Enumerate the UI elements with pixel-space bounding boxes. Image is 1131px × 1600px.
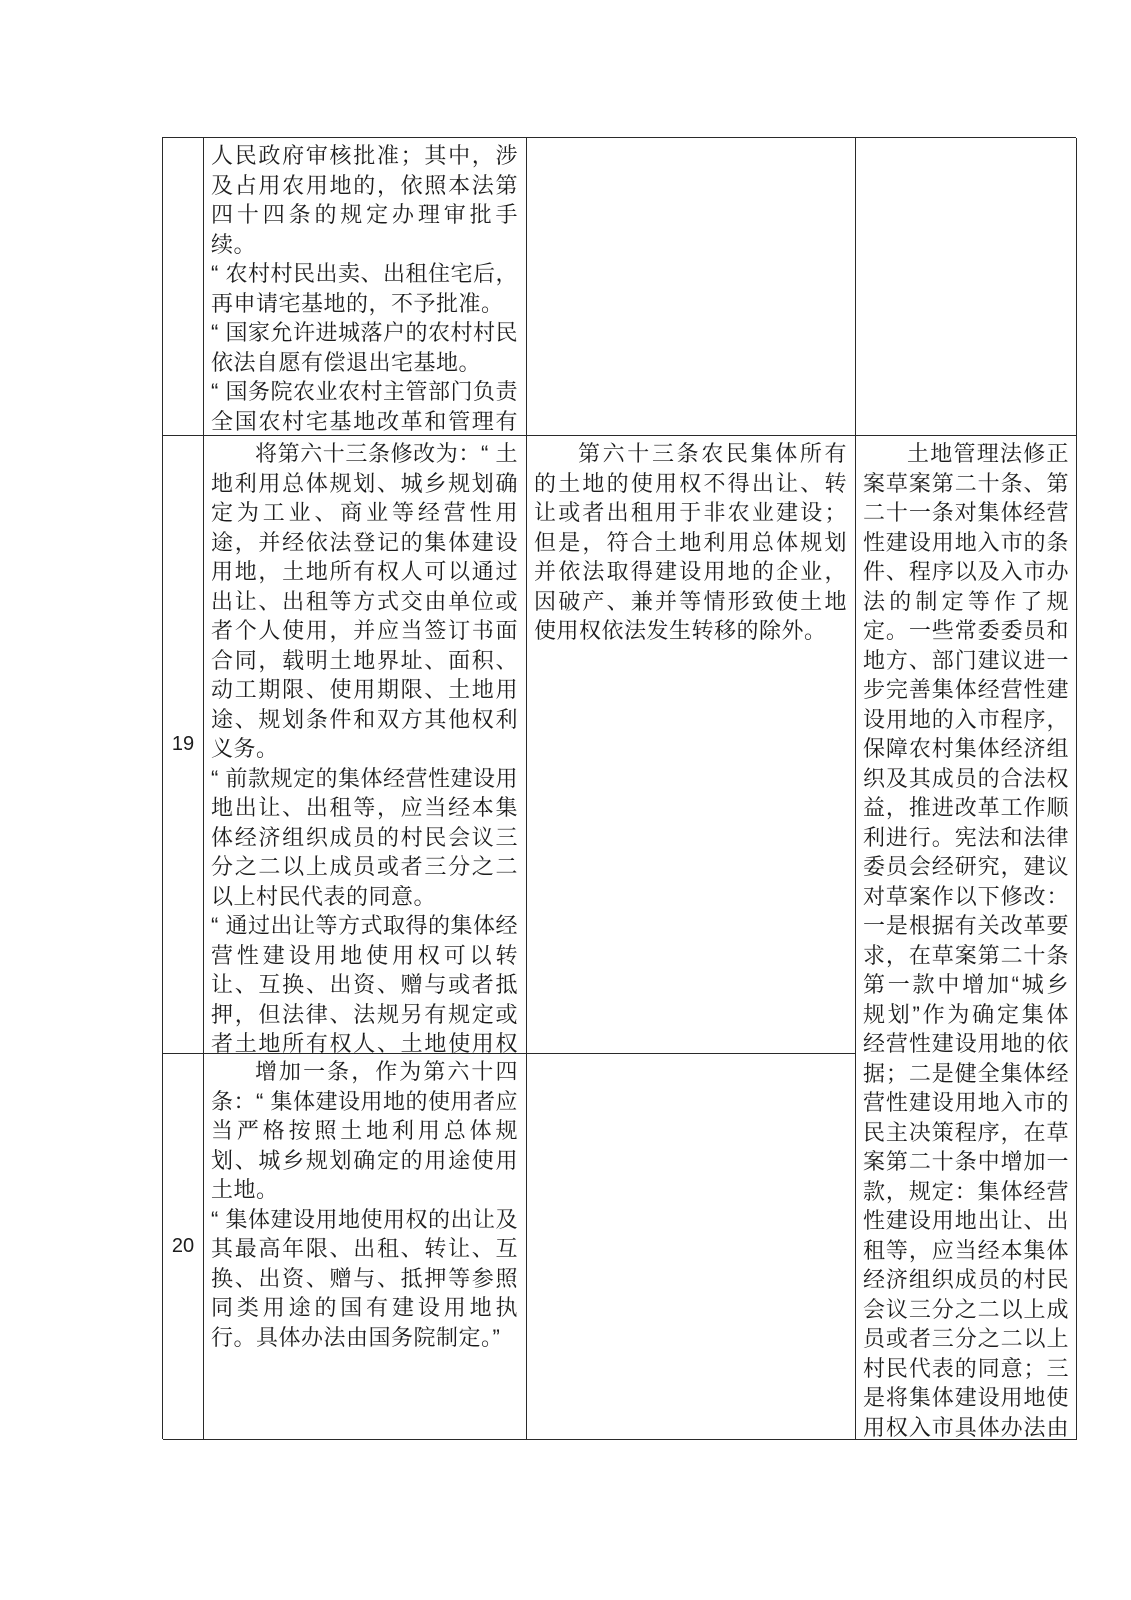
row-number-20: 20 [172, 1235, 194, 1258]
amendment-paragraph: 人民政府审核批准；其中，涉及占用农用地的，依照本法第四十四条的规定办理审批手续。 [211, 141, 518, 259]
row-number-19: 19 [172, 733, 194, 756]
amendment-paragraph: “ 集体建设用地使用权的出让及其最高年限、出租、转让、互换、出资、赠与、抵押等参… [211, 1205, 518, 1353]
amendment-paragraph: 增加一条，作为第六十四条：“ 集体建设用地的使用者应当严格按照土地利用总体规划、… [211, 1057, 518, 1205]
comment-cell-rows19-20: 土地管理法修正案草案第二十条、第二十一条对集体经营性建设用地入市的条件、程序以及… [856, 436, 1077, 1440]
amendment-paragraph: “ 前款规定的集体经营性建设用地出让、出租等，应当经本集体经济组织成员的村民会议… [211, 764, 518, 912]
amendment-cell-continuation: 人民政府审核批准；其中，涉及占用农用地的，依照本法第四十四条的规定办理审批手续。… [204, 138, 527, 436]
original-law-cell-row19: 第六十三条农民集体所有的土地的使用权不得出让、转让或者出租用于非农业建设；但是，… [527, 436, 856, 1054]
amendment-paragraph: “ 农村村民出卖、出租住宅后，再申请宅基地的，不予批准。 [211, 259, 518, 318]
original-law-paragraph: 第六十三条农民集体所有的土地的使用权不得出让、转让或者出租用于非农业建设；但是，… [534, 439, 847, 646]
original-law-cell-row20-empty [527, 1054, 856, 1440]
document-page: 人民政府审核批准；其中，涉及占用农用地的，依照本法第四十四条的规定办理审批手续。… [0, 0, 1131, 1600]
amendment-paragraph: “ 通过出让等方式取得的集体经营性建设用地使用权可以转让、互换、出资、赠与或者抵… [211, 911, 518, 1054]
original-law-cell-continuation-empty [527, 138, 856, 436]
amendment-cell-row19: 将第六十三条修改为：“ 土地利用总体规划、城乡规划确定为工业、商业等经营性用途，… [204, 436, 527, 1054]
amendment-comparison-table: 人民政府审核批准；其中，涉及占用农用地的，依照本法第四十四条的规定办理审批手续。… [162, 137, 1076, 1439]
row-number-cell-20: 20 [163, 1054, 204, 1440]
amendment-paragraph: “ 国家允许进城落户的农村村民依法自愿有偿退出宅基地。 [211, 318, 518, 377]
comment-paragraph: 土地管理法修正案草案第二十条、第二十一条对集体经营性建设用地入市的条件、程序以及… [863, 439, 1069, 1440]
amendment-paragraph: 将第六十三条修改为：“ 土地利用总体规划、城乡规划确定为工业、商业等经营性用途，… [211, 439, 518, 764]
row-number-cell-empty [163, 138, 204, 436]
row-number-cell-19: 19 [163, 436, 204, 1054]
amendment-cell-row20: 增加一条，作为第六十四条：“ 集体建设用地的使用者应当严格按照土地利用总体规划、… [204, 1054, 527, 1440]
comment-cell-continuation-empty [856, 138, 1077, 436]
amendment-paragraph: “ 国务院农业农村主管部门负责全国农村宅基地改革和管理有关工作。” [211, 377, 518, 436]
